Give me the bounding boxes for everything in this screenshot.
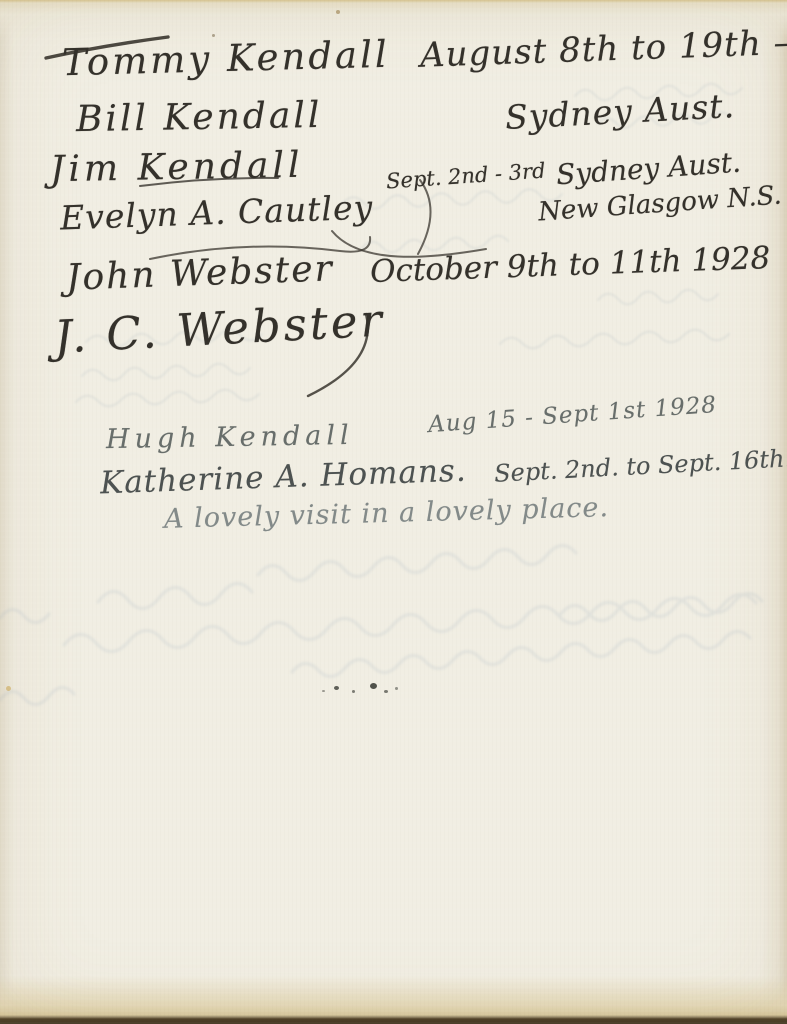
guest-name: Bill Kendall xyxy=(76,98,323,138)
guest-date: Aug 15 - Sept 1st 1928 xyxy=(428,394,718,437)
paper-stain xyxy=(6,686,11,691)
ink-speck xyxy=(352,690,355,693)
guest-name: Hugh Kendall xyxy=(106,422,354,453)
guest-location: Sydney Aust. xyxy=(504,89,735,134)
guest-name: John Webster xyxy=(65,251,334,296)
guest-date: Sept. 2nd. to Sept. 16th. xyxy=(494,446,787,486)
ink-speck xyxy=(334,686,339,690)
guestbook-page: Tommy Kendall August 8th to 19th — Bill … xyxy=(0,0,787,1024)
guest-date: October 9th to 11th 1928 xyxy=(370,243,771,288)
guest-location: Sydney Aust. xyxy=(555,149,742,190)
guest-signature: J. C. Webster xyxy=(53,297,386,359)
guest-name: Tommy Kendall xyxy=(62,36,391,82)
paper-stain xyxy=(336,10,340,14)
guest-date: August 8th to 19th — xyxy=(420,25,787,73)
ink-speck xyxy=(370,683,377,689)
ink-speck xyxy=(395,687,398,690)
guest-date: Sept. 2nd - 3rd xyxy=(385,160,546,192)
guest-name: Jim Kendall xyxy=(50,148,304,188)
ink-speck xyxy=(384,690,388,693)
guest-name: Katherine A. Homans. xyxy=(100,456,468,500)
ink-speck xyxy=(322,690,325,692)
paper-stain xyxy=(212,34,215,37)
guest-note: A lovely visit in a lovely place. xyxy=(164,494,610,533)
guest-name: Evelyn A. Cautley xyxy=(60,191,374,235)
